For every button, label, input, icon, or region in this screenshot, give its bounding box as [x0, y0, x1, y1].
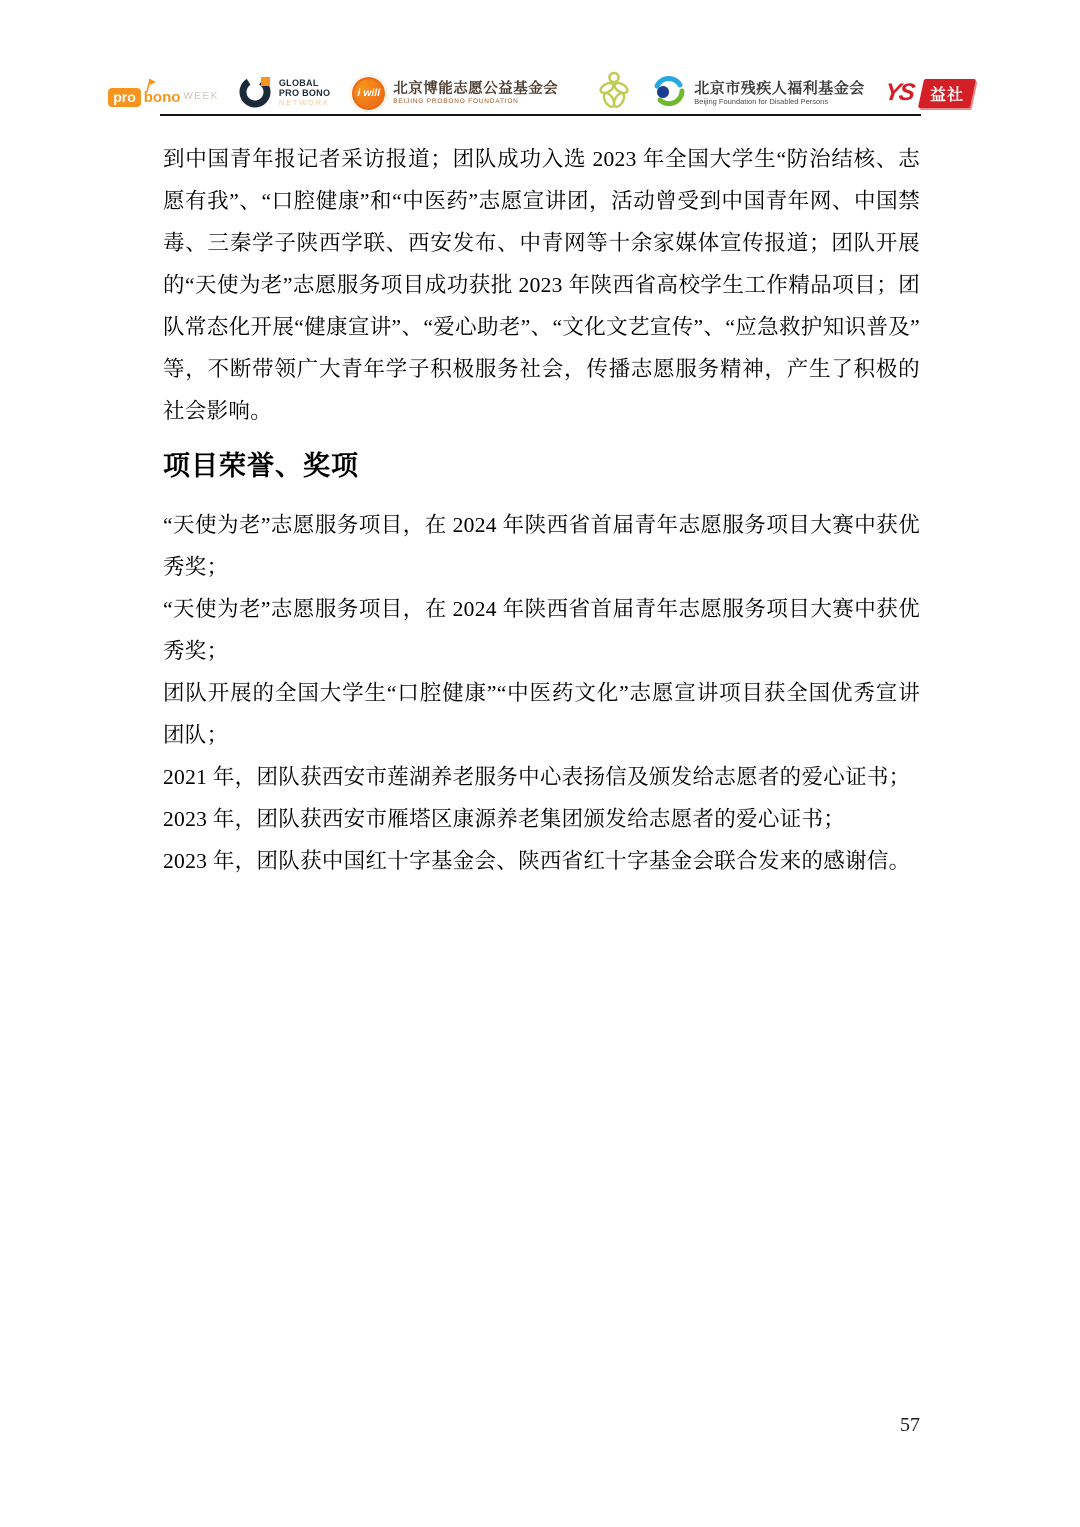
- pro-bono-week-week-text: WEEK: [183, 92, 218, 102]
- bpf-english-name: BEIJING PROBONO FOUNDATION: [393, 98, 558, 105]
- global-pro-bono-ring-icon: [239, 74, 273, 113]
- gpbn-probono-text: PRO BONO: [279, 88, 330, 98]
- honor-item: 团队开展的全国大学生“口腔健康”“中医药文化”志愿宣讲项目获全国优秀宣讲团队；: [163, 672, 920, 756]
- ys-yishe-logo: YS 益社: [885, 79, 973, 108]
- bfdp-chinese-name: 北京市残疾人福利基金会: [694, 80, 865, 97]
- honor-item: “天使为老”志愿服务项目，在 2024 年陕西省首届青年志愿服务项目大赛中获优秀…: [163, 504, 920, 588]
- beijing-foundation-for-disabled-persons-logo: 北京市残疾人福利基金会 Beijing Foundation for Disab…: [650, 71, 865, 116]
- blue-green-swirl-icon: [650, 71, 688, 116]
- yishe-red-banner: 益社: [918, 79, 976, 108]
- gpbn-global-text: GLOBAL: [279, 78, 330, 88]
- bpf-chinese-name: 北京博能志愿公益基金会: [393, 81, 558, 98]
- green-person-icon: [598, 70, 630, 117]
- flag-icon: [144, 78, 157, 98]
- page-content: 到中国青年报记者采访报道；团队成功入选 2023 年全国大学生“防治结核、志愿有…: [163, 138, 920, 882]
- honor-item: 2023 年，团队获西安市雁塔区康源养老集团颁发给志愿者的爱心证书；: [163, 798, 920, 840]
- pro-bono-week-pro-badge: pro: [108, 88, 141, 107]
- header-divider: [160, 114, 921, 116]
- document-page: pro bono WEEK GLOBAL PRO BONO NET: [0, 0, 1080, 1527]
- body-paragraph: 到中国青年报记者采访报道；团队成功入选 2023 年全国大学生“防治结核、志愿有…: [163, 138, 920, 432]
- i-will-circle-icon: i will: [350, 75, 387, 112]
- global-pro-bono-network-logo: GLOBAL PRO BONO NETWORK: [239, 74, 330, 113]
- bfdp-english-name: Beijing Foundation for Disabled Persons: [694, 97, 865, 106]
- yishe-cn-text: 益社: [930, 82, 964, 105]
- honor-item: 2021 年，团队获西安市莲湖养老服务中心表扬信及颁发给志愿者的爱心证书；: [163, 756, 920, 798]
- honor-item: “天使为老”志愿服务项目，在 2024 年陕西省首届青年志愿服务项目大赛中获优秀…: [163, 588, 920, 672]
- beijing-probono-foundation-logo: i will 北京博能志愿公益基金会 BEIJING PROBONO FOUND…: [350, 75, 558, 112]
- gpbn-network-text: NETWORK: [279, 99, 330, 107]
- page-number: 57: [880, 1414, 940, 1437]
- green-figure-logo: [598, 70, 630, 117]
- header-logo-strip: pro bono WEEK GLOBAL PRO BONO NET: [161, 70, 920, 116]
- honor-item: 2023 年，团队获中国红十字基金会、陕西省红十字基金会联合发来的感谢信。: [163, 840, 920, 882]
- pro-bono-week-logo: pro bono WEEK: [108, 80, 219, 107]
- section-heading-honors: 项目荣誉、奖项: [163, 448, 920, 484]
- ys-monogram: YS: [883, 81, 914, 105]
